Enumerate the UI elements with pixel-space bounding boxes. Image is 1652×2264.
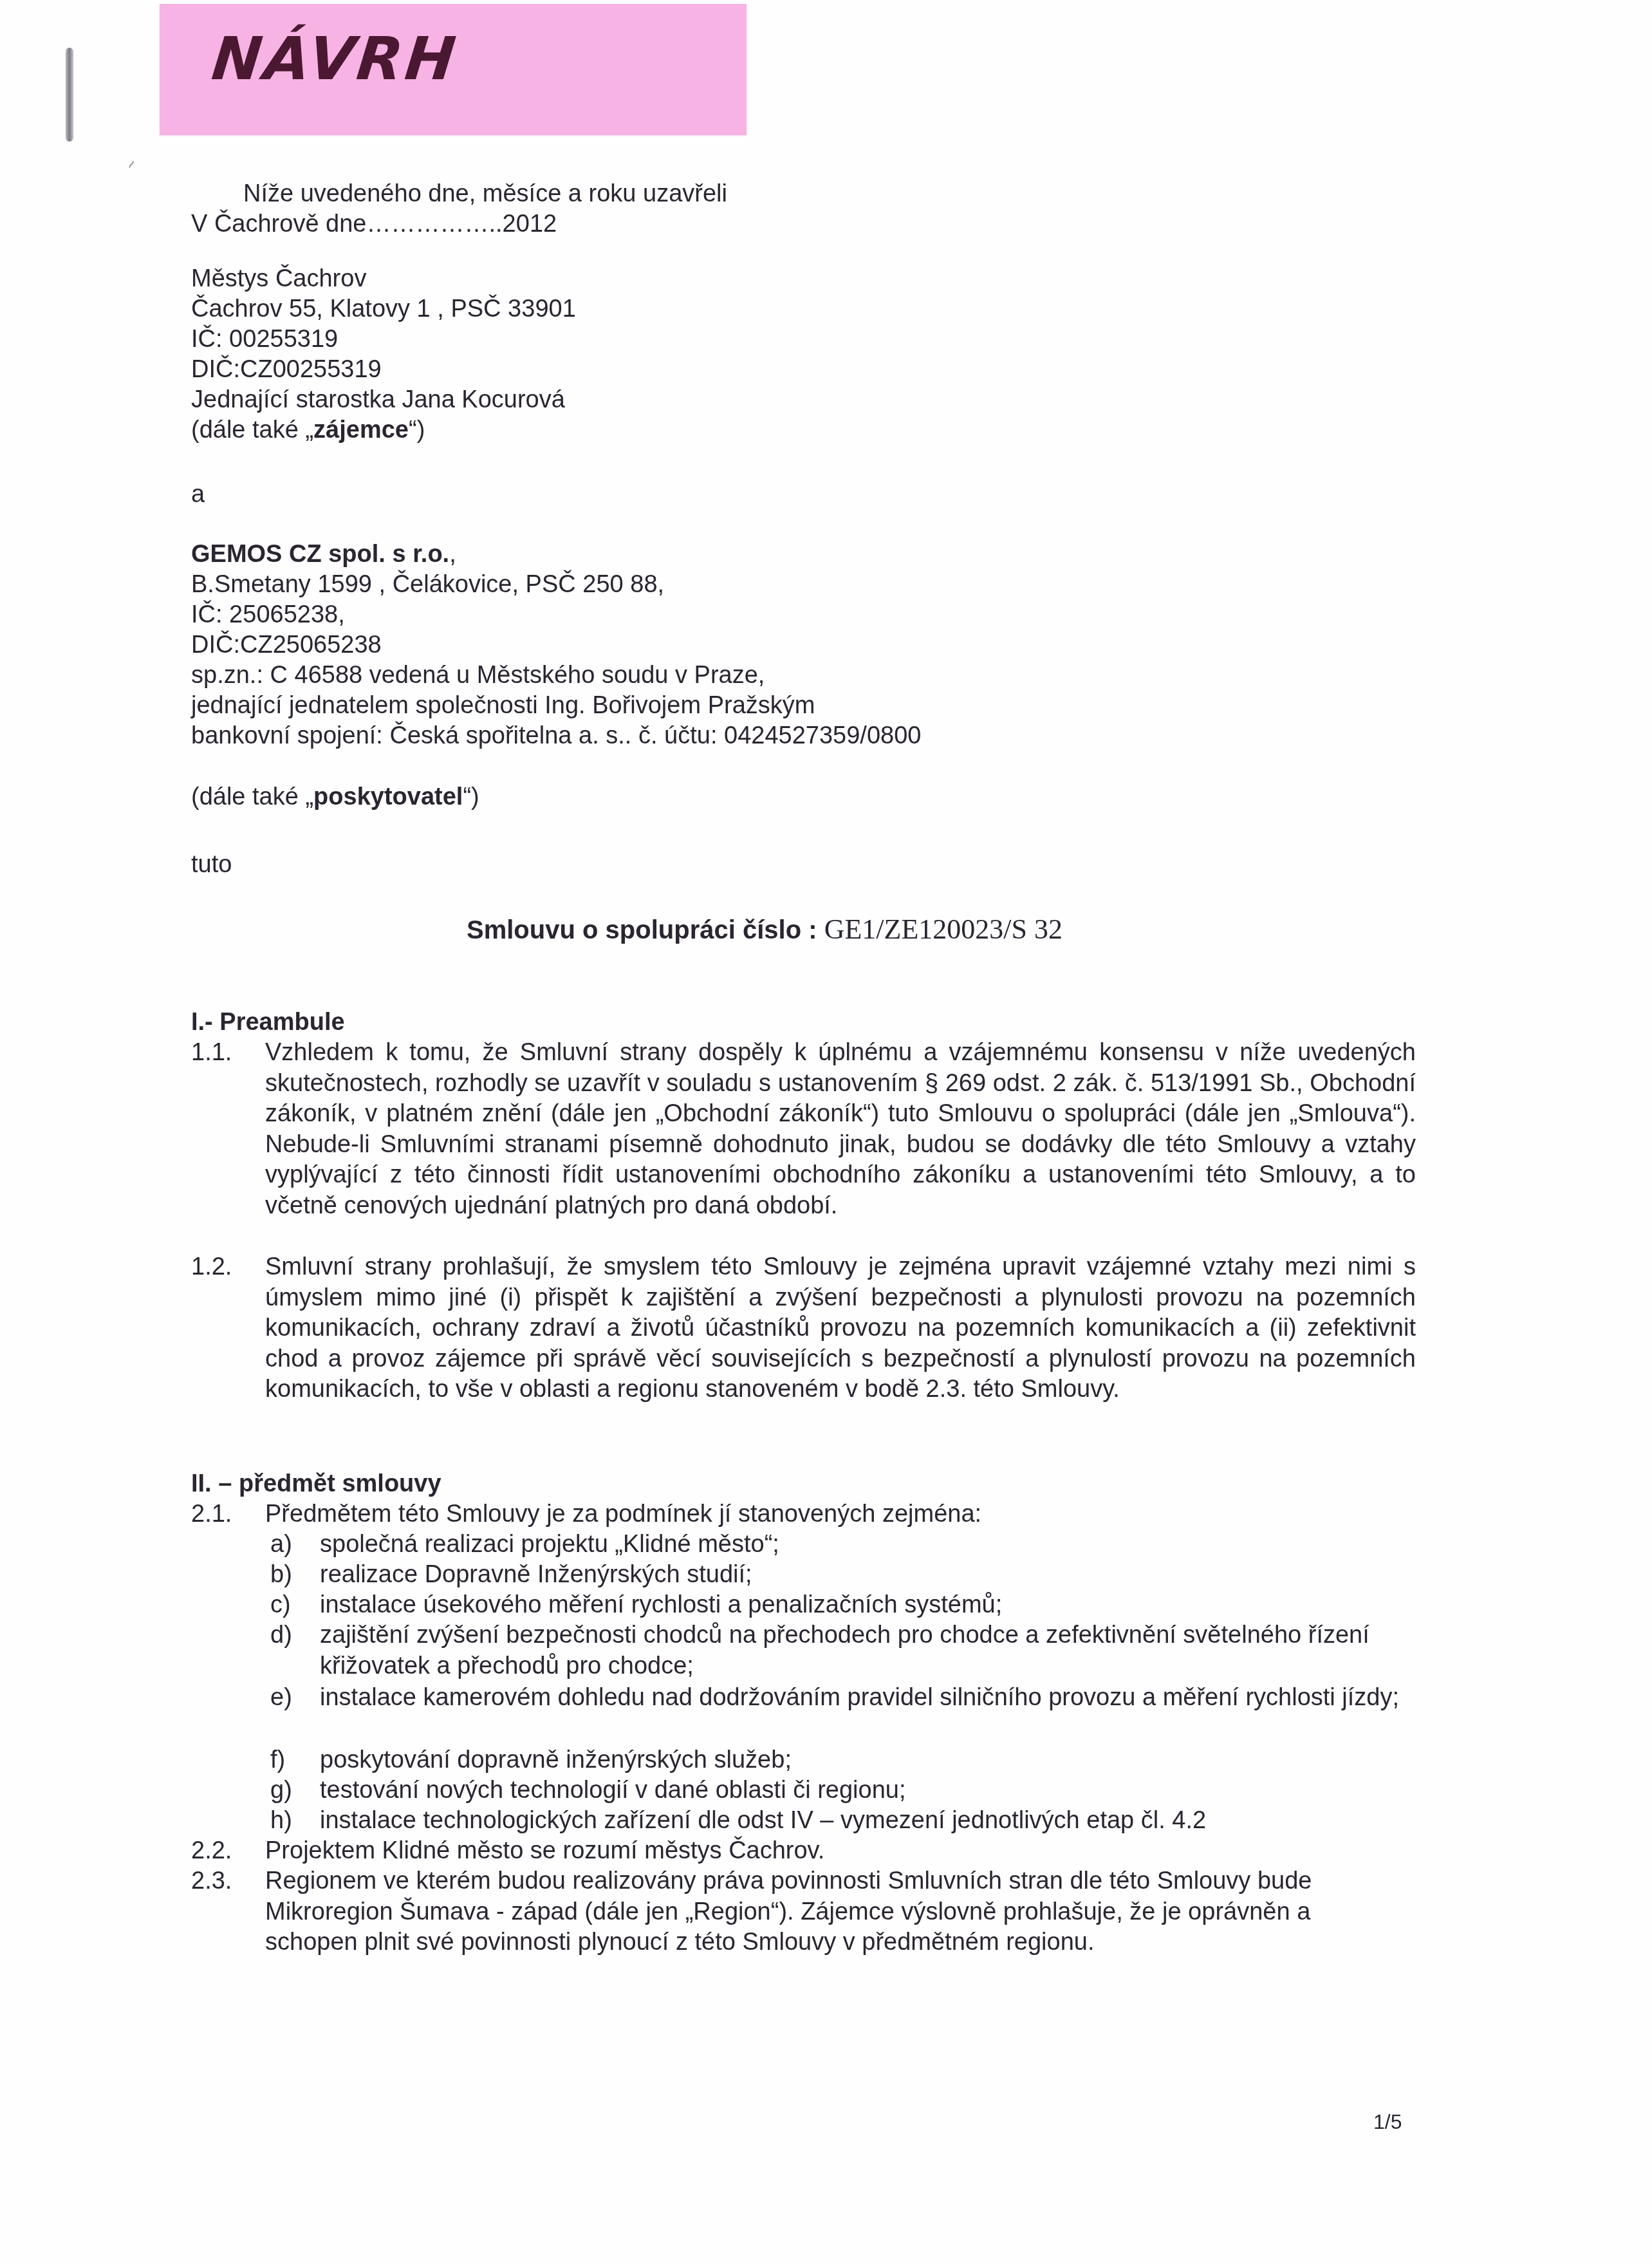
party2-ic: IČ: 25065238, (191, 600, 345, 630)
contract-number: GE1/ZE120023/S 32 (824, 913, 1063, 945)
tuto-word: tuto (191, 850, 232, 880)
scan-speck: ~ (122, 156, 142, 173)
list-item-letter: g) (270, 1775, 292, 1806)
list-item: instalace technologických zařízení dle o… (320, 1806, 1416, 1837)
clause-text: Smluvní strany prohlašují, že smyslem té… (265, 1252, 1416, 1405)
clause-number: 2.2. (191, 1836, 232, 1866)
list-item-letter: e) (270, 1683, 292, 1713)
intro-line: Níže uvedeného dne, měsíce a roku uzavře… (243, 179, 727, 209)
list-item-letter: b) (270, 1560, 292, 1590)
list-item-letter: a) (270, 1530, 292, 1560)
party2-company: GEMOS CZ spol. s r.o. (191, 541, 449, 568)
list-item-letter: h) (270, 1806, 292, 1836)
party1-ic: IČ: 00255319 (191, 324, 338, 355)
party2-name-suffix: , (449, 541, 456, 568)
list-item-letter: d) (270, 1620, 292, 1651)
party1-representative: Jednající starostka Jana Kocurová (191, 385, 565, 415)
clause-text: Vzhledem k tomu, že Smluvní strany dospě… (265, 1038, 1416, 1221)
contract-title-label: Smlouvu o spolupráci číslo : (467, 916, 824, 944)
party2-registry: sp.zn.: C 46588 vedená u Městského soudu… (191, 660, 765, 691)
party2-alias: (dále také „poskytovatel“) (191, 782, 479, 812)
staple-mark (66, 48, 73, 142)
draft-sticky-note: NÁVRH (160, 4, 747, 135)
list-item: testování nových technologií v dané obla… (320, 1775, 1416, 1806)
section-heading: I.- Preambule (191, 1007, 345, 1038)
clause-number: 1.1. (191, 1038, 232, 1068)
party2-dic: DIČ:CZ25065238 (191, 630, 382, 660)
party2-bank: bankovní spojení: Česká spořitelna a. s.… (191, 721, 921, 751)
list-item: poskytování dopravně inženýrských služeb… (320, 1745, 1416, 1776)
party1-alias: (dále také „zájemce“) (191, 415, 425, 445)
section-heading: II. – předmět smlouvy (191, 1469, 441, 1499)
place-date: V Čachrově dne……………..2012 (191, 209, 557, 239)
alias-prefix: (dále také „ (191, 783, 313, 810)
clause-number: 1.2. (191, 1252, 232, 1282)
alias-suffix: “) (409, 416, 425, 444)
clause-text: Předmětem této Smlouvy je za podmínek jí… (265, 1499, 981, 1530)
party1-dic: DIČ:CZ00255319 (191, 355, 382, 385)
alias-term: poskytovatel (313, 783, 463, 810)
list-item-letter: f) (270, 1745, 285, 1775)
list-item-letter: c) (270, 1590, 291, 1620)
list-item: realizace Dopravně Inženýrských studií; (320, 1560, 1416, 1591)
list-item: instalace úsekového měření rychlosti a p… (320, 1590, 1416, 1621)
document-page: ~ NÁVRH Níže uvedeného dne, měsíce a rok… (0, 0, 1652, 2264)
clause-text: Regionem ve kterém budou realizovány prá… (265, 1866, 1359, 1958)
alias-term: zájemce (313, 416, 409, 444)
alias-prefix: (dále také „ (191, 416, 313, 444)
list-item: instalace kamerovém dohledu nad dodržová… (320, 1683, 1416, 1714)
party2-representative: jednající jednatelem společnosti Ing. Bo… (191, 691, 815, 721)
list-item: zajištění zvýšení bezpečnosti chodců na … (320, 1620, 1416, 1681)
party2-address: B.Smetany 1599 , Čelákovice, PSČ 250 88, (191, 570, 664, 600)
party1-name: Městys Čachrov (191, 264, 366, 294)
clause-text: Projektem Klidné město se rozumí městys … (265, 1836, 824, 1866)
alias-suffix: “) (463, 783, 479, 810)
page-number: 1/5 (1373, 2110, 1402, 2134)
list-item: společná realizaci projektu „Klidné měst… (320, 1530, 1416, 1560)
party1-address: Čachrov 55, Klatovy 1 , PSČ 33901 (191, 294, 576, 324)
sticky-note-text: NÁVRH (209, 24, 461, 93)
clause-number: 2.3. (191, 1866, 232, 1896)
party2-name: GEMOS CZ spol. s r.o., (191, 539, 456, 570)
contract-title: Smlouvu o spolupráci číslo : GE1/ZE12002… (467, 914, 1063, 946)
conjunction: a (191, 480, 205, 510)
clause-number: 2.1. (191, 1499, 232, 1530)
